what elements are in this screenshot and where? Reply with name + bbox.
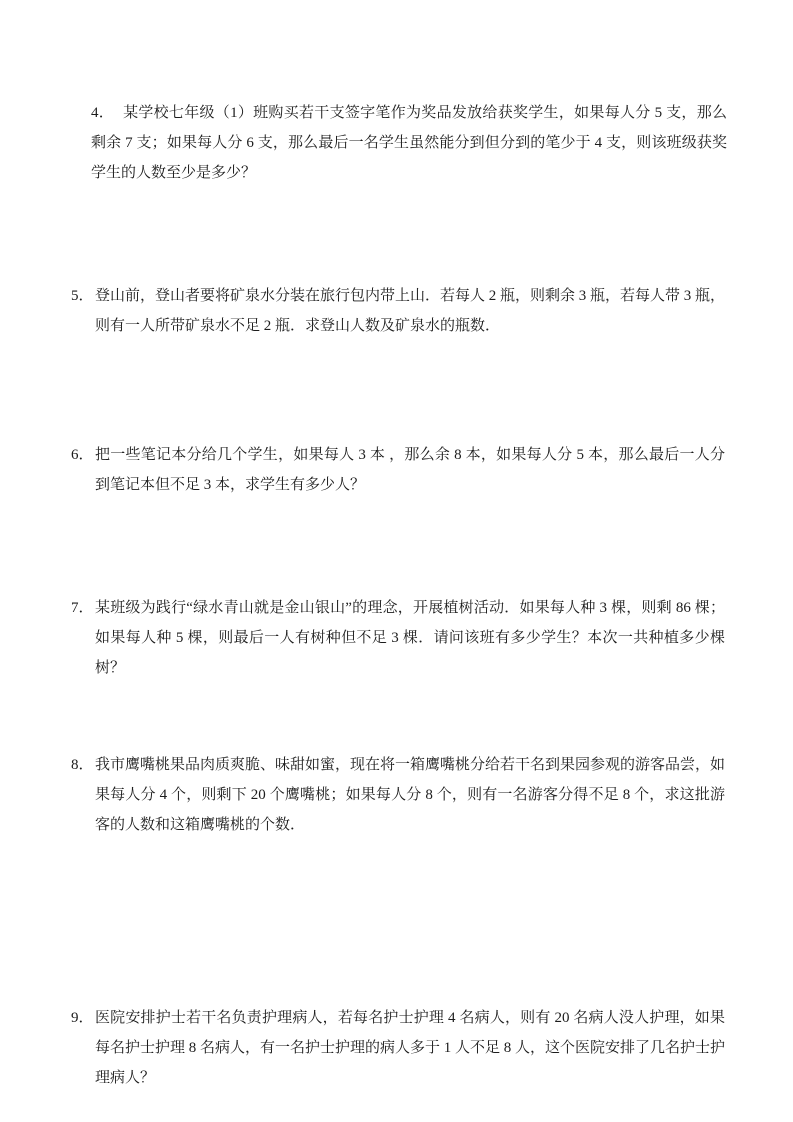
problem-item-5: 5． 登山前，登山者要将矿泉水分装在旅行包内带上山．若每人 2 瓶，则剩余 3 … [71,281,793,341]
problem-number: 8． [71,750,95,840]
problem-number: 7． [71,593,95,683]
problem-text: 我市鹰嘴桃果品肉质爽脆、味甜如蜜，现在将一箱鹰嘴桃分给若干名到果园参观的游客品尝… [95,750,725,840]
problem-text: 把一些笔记本分给几个学生，如果每人 3 本 ，那么余 8 本，如果每人分 5 本… [95,440,725,500]
problem-item-7: 7． 某班级为践行“绿水青山就是金山银山”的理念，开展植树活动．如果每人种 3 … [71,593,793,683]
worksheet-page: 4．某学校七年级（1）班购买若干支签字笔作为奖品发放给获奖学生，如果每人分 5 … [0,0,793,1122]
problem-text: 某学校七年级（1）班购买若干支签字笔作为奖品发放给获奖学生，如果每人分 5 支，… [91,105,727,181]
problem-item-9: 9． 医院安排护士若干名负责护理病人，若每名护士护理 4 名病人，则有 20 名… [71,1003,793,1093]
problem-number: 5． [71,281,95,341]
problem-item-8: 8． 我市鹰嘴桃果品肉质爽脆、味甜如蜜，现在将一箱鹰嘴桃分给若干名到果园参观的游… [71,750,793,840]
problem-text: 医院安排护士若干名负责护理病人，若每名护士护理 4 名病人，则有 20 名病人没… [95,1003,725,1093]
problem-item-6: 6． 把一些笔记本分给几个学生，如果每人 3 本 ，那么余 8 本，如果每人分 … [71,440,793,500]
problem-item-4: 4．某学校七年级（1）班购买若干支签字笔作为奖品发放给获奖学生，如果每人分 5 … [91,98,727,188]
problem-number: 6． [71,440,95,500]
problem-number: 9． [71,1003,95,1093]
problem-text: 某班级为践行“绿水青山就是金山银山”的理念，开展植树活动．如果每人种 3 棵，则… [95,593,725,683]
problem-number: 4． [91,105,123,121]
problem-text: 登山前，登山者要将矿泉水分装在旅行包内带上山．若每人 2 瓶，则剩余 3 瓶，若… [95,281,725,341]
